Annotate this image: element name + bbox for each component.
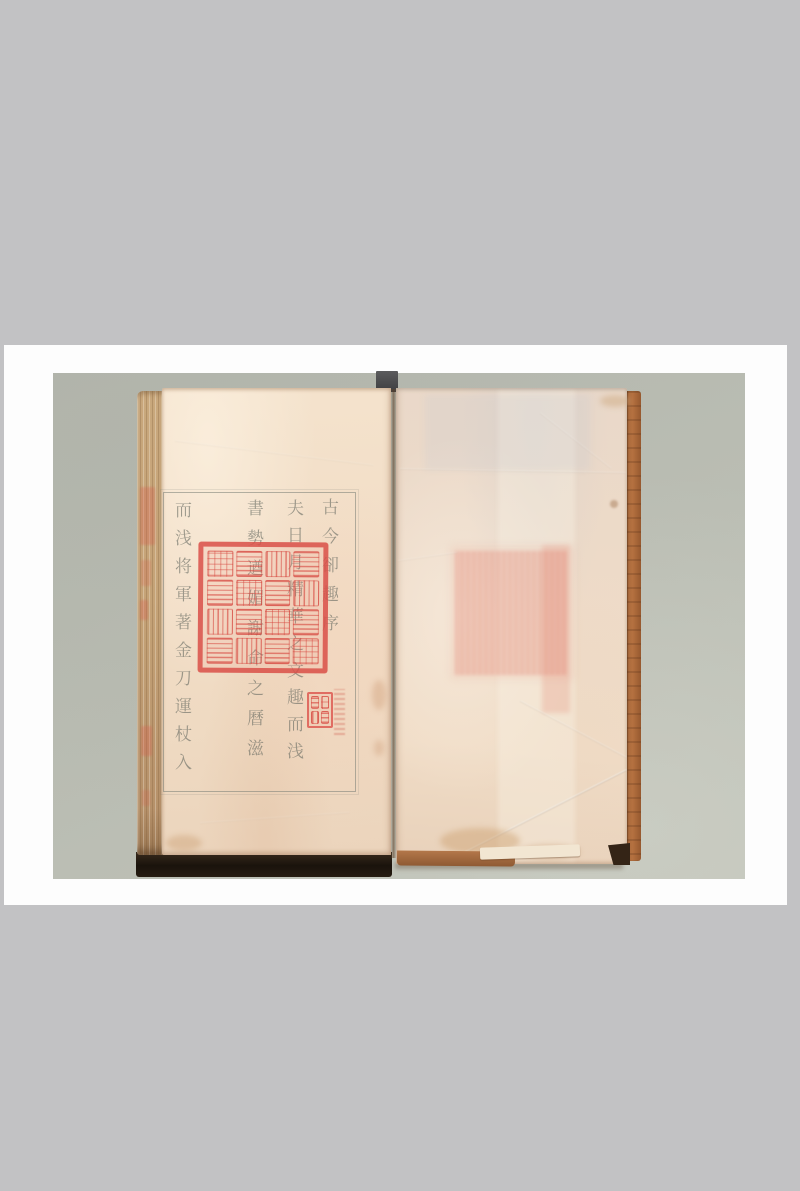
seal-glyph — [293, 580, 319, 606]
collector-seal-large — [198, 542, 329, 674]
seal-glyph — [265, 551, 291, 577]
spine-gap — [391, 389, 396, 858]
page-stack-fore-edge — [137, 391, 164, 855]
paper-stain — [166, 835, 202, 851]
seal-bleedthrough-strip — [542, 545, 570, 713]
paper-stain — [372, 680, 386, 710]
fore-edge-seal-smudge — [140, 487, 155, 545]
seal-glyph — [311, 696, 319, 709]
seal-glyph — [207, 551, 233, 577]
paper-stain — [374, 740, 384, 756]
seal-glyph — [264, 638, 290, 664]
fore-edge-seal-smudge — [140, 600, 148, 620]
seal-glyph — [236, 609, 262, 635]
cover-edge — [627, 391, 641, 861]
faint-seal-column — [334, 689, 345, 735]
seal-glyph — [236, 551, 262, 577]
handwritten-column-4: 而浅将軍著金刀運杖入 — [169, 501, 194, 781]
paper-stain — [600, 395, 630, 407]
fore-edge-seal-smudge — [142, 790, 150, 806]
seal-glyph — [236, 580, 262, 606]
seal-glyph — [207, 638, 233, 664]
seal-glyph — [264, 609, 290, 635]
fore-edge-seal-smudge — [141, 560, 151, 586]
fore-edge-seal-smudge — [141, 726, 152, 756]
seal-glyph — [293, 638, 319, 664]
seal-glyph — [207, 609, 233, 635]
seal-glyph — [293, 609, 319, 635]
seal-glyph — [321, 711, 329, 724]
collector-seal-small — [307, 692, 333, 728]
paper-stain — [610, 500, 618, 508]
seal-glyph — [311, 711, 319, 724]
seal-glyph — [321, 696, 329, 709]
seal-glyph — [265, 580, 291, 606]
seal-glyph — [293, 551, 319, 577]
seal-glyph — [235, 638, 261, 664]
seal-glyph — [207, 580, 233, 606]
book-shadow — [136, 852, 392, 877]
screenshot-root: { "scene": { "description": "Archival ph… — [0, 0, 800, 1191]
